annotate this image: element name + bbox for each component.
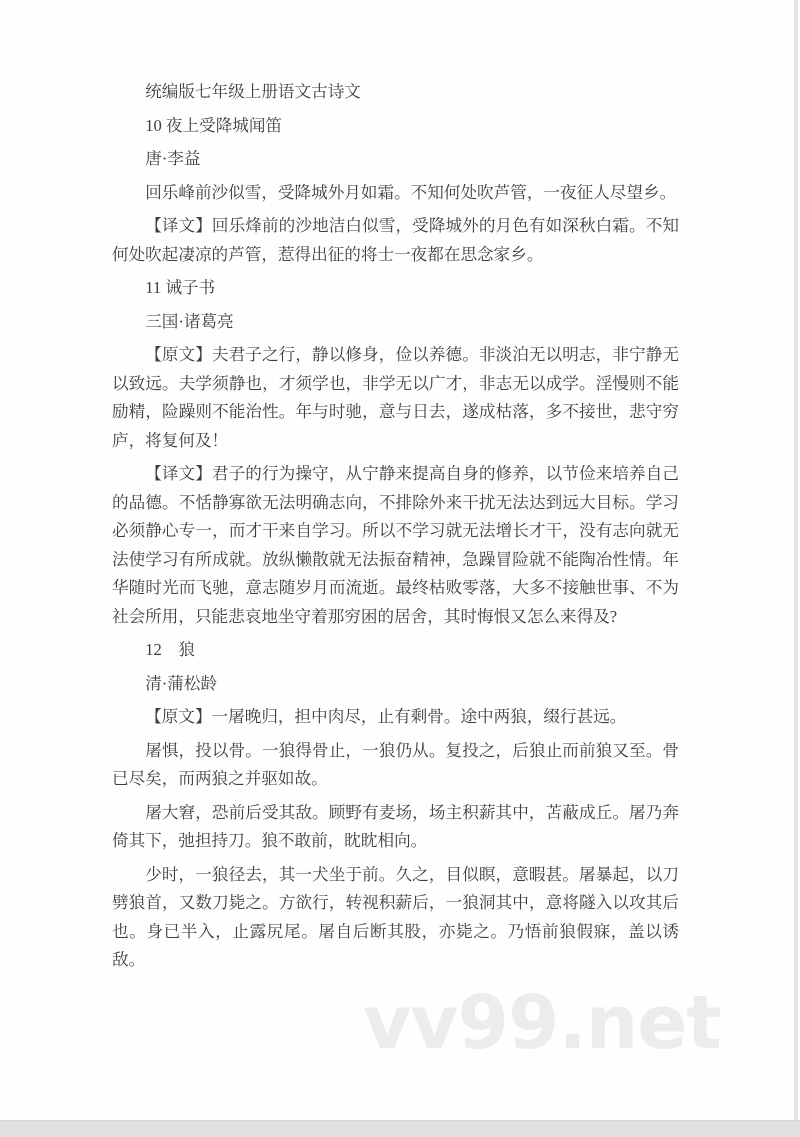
lesson-10-translation: 【译文】回乐烽前的沙地洁白似雪，受降城外的月色有如深秋白霜。不知何处吹起凄凉的芦…: [112, 212, 679, 269]
lesson-10-author: 唐·李益: [112, 145, 679, 174]
lesson-11-translation: 【译文】君子的行为操守，从宁静来提高自身的修养，以节俭来培养自己的品德。不恬静寡…: [112, 460, 679, 631]
lesson-12-title: 12 狼: [112, 636, 679, 665]
lesson-12-original-para-2: 屠惧，投以骨。一狼得骨止，一狼仍从。复投之，后狼止而前狼又至。骨已尽矣，而两狼之…: [112, 737, 679, 794]
lesson-12-author: 清·蒲松龄: [112, 670, 679, 699]
lesson-10-title: 10 夜上受降城闻笛: [112, 112, 679, 141]
page-right-edge: [794, 0, 798, 1120]
lesson-11-title: 11 诫子书: [112, 274, 679, 303]
lesson-11-original: 【原文】夫君子之行，静以修身，俭以养德。非淡泊无以明志，非宁静无以致远。夫学须静…: [112, 341, 679, 455]
series-title: 统编版七年级上册语文古诗文: [112, 78, 679, 107]
lesson-12-original-para-1: 【原文】一屠晚归，担中肉尽，止有剩骨。途中两狼，缀行甚远。: [112, 703, 679, 732]
page-bottom-gutter: [0, 1120, 800, 1137]
lesson-12-original-para-4: 少时，一狼径去，其一犬坐于前。久之，目似瞑，意暇甚。屠暴起，以刀劈狼首，又数刀毙…: [112, 861, 679, 975]
lesson-11-author: 三国·诸葛亮: [112, 308, 679, 337]
document-body: 统编版七年级上册语文古诗文 10 夜上受降城闻笛 唐·李益 回乐峰前沙似雪，受降…: [112, 78, 679, 975]
document-page: 统编版七年级上册语文古诗文 10 夜上受降城闻笛 唐·李益 回乐峰前沙似雪，受降…: [0, 0, 800, 1137]
site-watermark: vv99.net: [363, 986, 721, 1060]
lesson-10-poem: 回乐峰前沙似雪，受降城外月如霜。不知何处吹芦管，一夜征人尽望乡。: [112, 179, 679, 208]
lesson-12-original-para-3: 屠大窘，恐前后受其敌。顾野有麦场，场主积薪其中，苫蔽成丘。屠乃奔倚其下，弛担持刀…: [112, 799, 679, 856]
